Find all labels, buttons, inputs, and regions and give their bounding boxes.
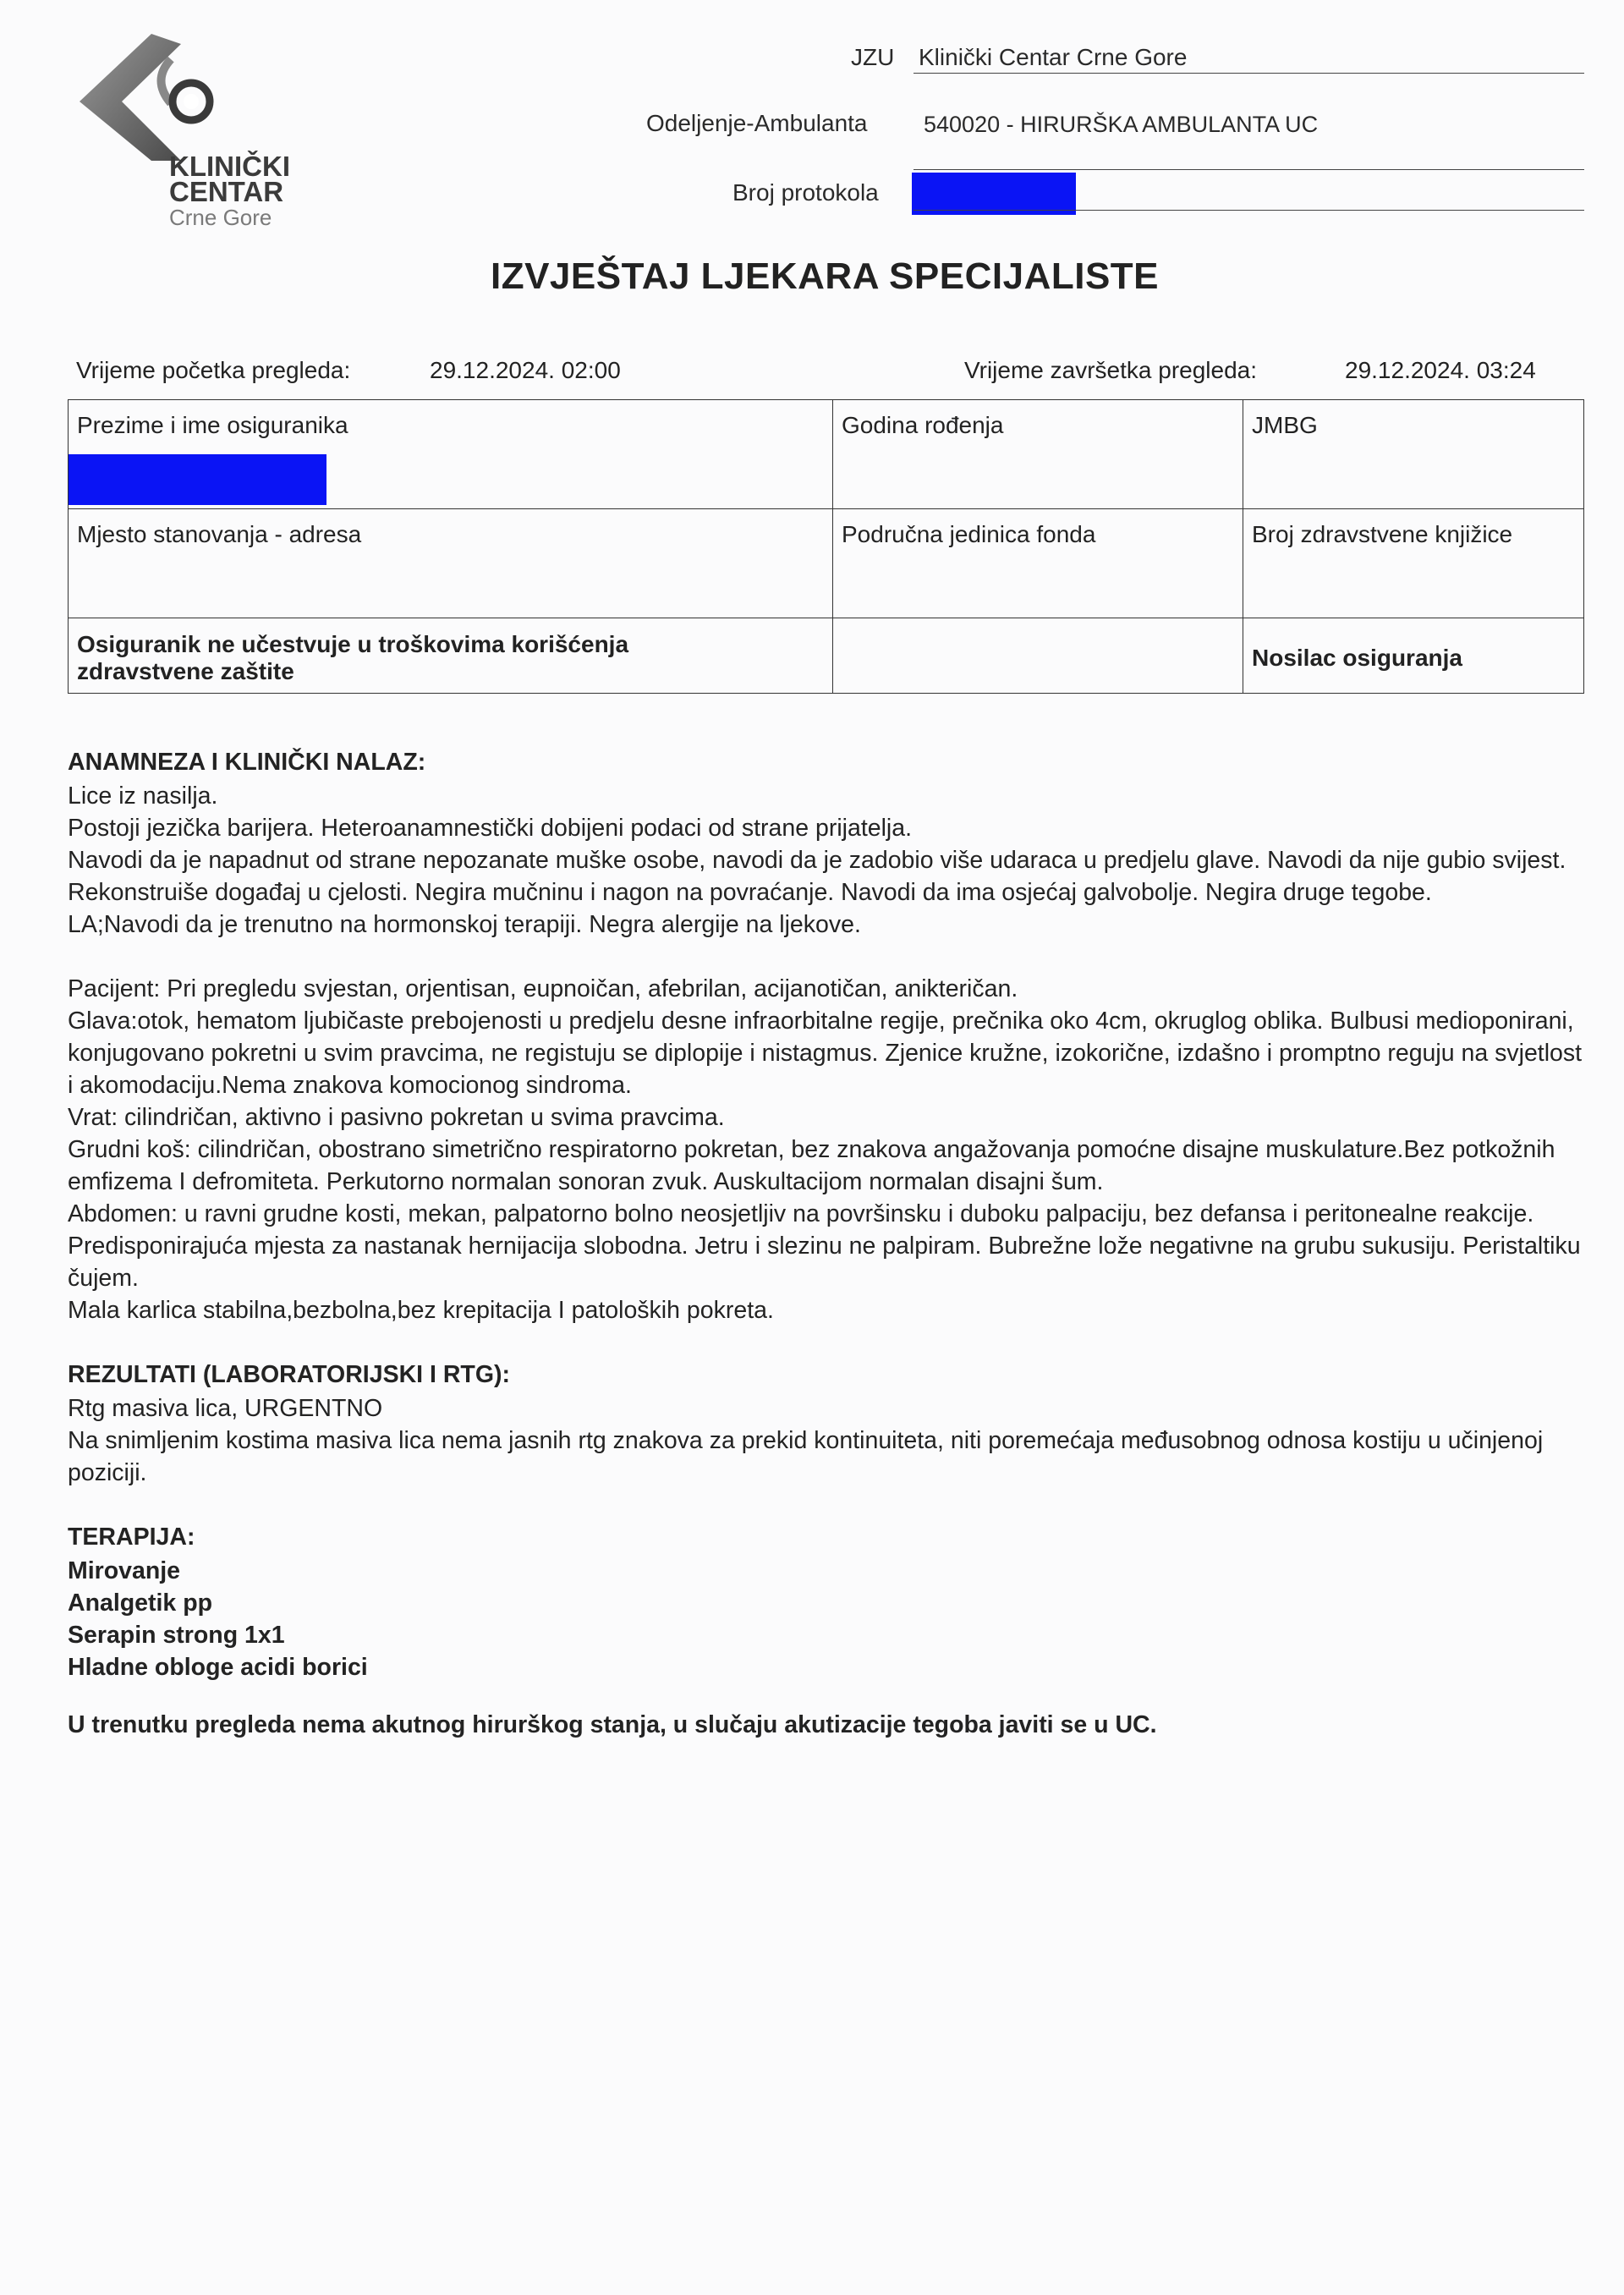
cost-participation-note: Osiguranik ne učestvuje u troškovima kor…: [77, 631, 754, 685]
birth-year-label: Godina rođenja: [842, 412, 1003, 438]
jzu-value: Klinički Centar Crne Gore: [919, 44, 1187, 71]
address-label: Mjesto stanovanja - adresa: [77, 521, 361, 547]
logo-mark-icon: [71, 34, 283, 161]
exam-end-label: Vrijeme završetka pregleda:: [964, 357, 1257, 384]
exam-line: Glava:otok, hematom ljubičaste prebojeno…: [68, 1005, 1590, 1101]
anamnesis-line: Postoji jezička barijera. Heteroanamnest…: [68, 812, 1590, 844]
department-value: 540020 - HIRURŠKA AMBULANTA UC: [924, 112, 1318, 138]
therapy-item: Mirovanje: [68, 1555, 1590, 1587]
exam-start-label: Vrijeme početka pregleda:: [76, 357, 350, 384]
fund-unit-label: Područna jedinica fonda: [842, 521, 1095, 547]
logo-sub: Crne Gore: [169, 205, 290, 230]
logo-text: KLINIČKI CENTAR Crne Gore: [169, 154, 290, 230]
insurance-holder-cell: Nosilac osiguranja: [1243, 618, 1584, 694]
exam-line: Pacijent: Pri pregledu svjestan, orjenti…: [68, 973, 1590, 1005]
jmbg-cell: JMBG: [1243, 400, 1584, 509]
health-card-cell: Broj zdravstvene knjižice: [1243, 509, 1584, 618]
exam-line: Grudni koš: cilindričan, obostrano simet…: [68, 1134, 1590, 1198]
exam-line: Mala karlica stabilna,bezbolna,bez krepi…: [68, 1294, 1590, 1326]
exam-line: Abdomen: u ravni grudne kosti, mekan, pa…: [68, 1198, 1590, 1294]
empty-cell: [833, 618, 1243, 694]
therapy-heading: TERAPIJA:: [68, 1521, 1590, 1553]
results-line: Na snimljenim kostima masiva lica nema j…: [68, 1425, 1590, 1489]
patient-info-table: Prezime i ime osiguranika Godina rođenja…: [68, 399, 1584, 694]
fund-unit-cell: Područna jedinica fonda: [833, 509, 1243, 618]
report-body: ANAMNEZA I KLINIČKI NALAZ: Lice iz nasil…: [68, 746, 1590, 1741]
protocol-number-redacted: [912, 173, 1076, 215]
results-line: Rtg masiva lica, URGENTNO: [68, 1392, 1590, 1425]
patient-name-redacted: [69, 454, 326, 505]
results-heading: REZULTATI (LABORATORIJSKI I RTG):: [68, 1359, 1590, 1391]
anamnesis-line: LA;Navodi da je trenutno na hormonskoj t…: [68, 909, 1590, 941]
health-card-label: Broj zdravstvene knjižice: [1252, 521, 1512, 547]
protocol-label: Broj protokola: [732, 179, 879, 206]
exam-line: Vrat: cilindričan, aktivno i pasivno pok…: [68, 1101, 1590, 1134]
department-label: Odeljenje-Ambulanta: [646, 110, 868, 137]
exam-end-value: 29.12.2024. 03:24: [1345, 357, 1536, 384]
therapy-item: Hladne obloge acidi borici: [68, 1651, 1590, 1683]
anamnesis-line: Navodi da je napadnut od strane nepozana…: [68, 844, 1590, 909]
protocol-underline: [913, 210, 1584, 211]
therapy-item: Analgetik pp: [68, 1587, 1590, 1619]
anamnesis-heading: ANAMNEZA I KLINIČKI NALAZ:: [68, 746, 1590, 778]
jzu-label: JZU: [851, 44, 894, 71]
department-underline: [913, 169, 1584, 170]
jzu-underline: [913, 73, 1584, 74]
conclusion: U trenutku pregleda nema akutnog hiruršk…: [68, 1709, 1590, 1741]
address-cell: Mjesto stanovanja - adresa: [69, 509, 833, 618]
jmbg-label: JMBG: [1252, 412, 1318, 438]
birth-year-cell: Godina rođenja: [833, 400, 1243, 509]
patient-name-cell: Prezime i ime osiguranika: [69, 400, 833, 509]
insurance-holder-label: Nosilac osiguranja: [1252, 645, 1462, 671]
cost-participation-cell: Osiguranik ne učestvuje u troškovima kor…: [69, 618, 833, 694]
logo-name2: CENTAR: [169, 179, 290, 205]
document-title: IZVJEŠTAJ LJEKARA SPECIJALISTE: [0, 255, 1624, 298]
anamnesis-line: Lice iz nasilja.: [68, 780, 1590, 812]
exam-start-value: 29.12.2024. 02:00: [430, 357, 621, 384]
hospital-logo: KLINIČKI CENTAR Crne Gore: [71, 34, 283, 237]
patient-name-label: Prezime i ime osiguranika: [77, 412, 824, 439]
therapy-item: Serapin strong 1x1: [68, 1619, 1590, 1651]
